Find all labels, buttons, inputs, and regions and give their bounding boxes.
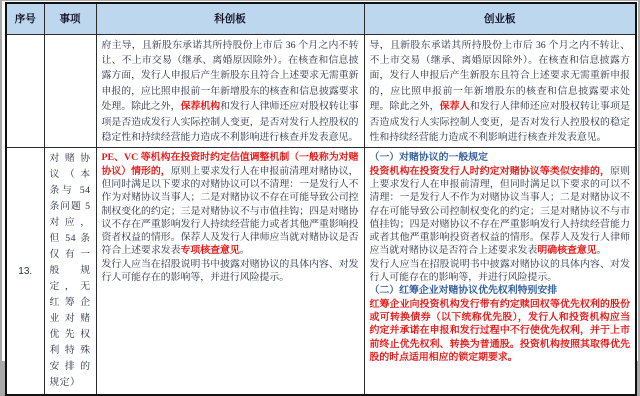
table-row: 府主导，且新股东承诺其所持股份上市后 36 个月之内不转让、不上市交易（继承、离…: [6, 34, 636, 148]
cell-seq: 13.: [6, 148, 44, 366]
cell-item: 对赌协议（本条与 54 条问题 5 对应，但 54 条仅有一般规定，无红筹企业对…: [44, 148, 96, 366]
table-header-row: 序号 事项 科创板 创业板: [6, 3, 636, 34]
cell-seq: [6, 34, 44, 148]
cell-star-market: PE、VC 等机构在投资时约定估值调整机制（一般称为对赌协议）情形的，原则上要求…: [96, 148, 364, 366]
comparison-table: 序号 事项 科创板 创业板 府主导，且新股东承诺其所持股份上市后 36 个月之内…: [5, 2, 637, 366]
text-segment: 原则上要求发行人在申报前清理，但同时满足以下要求的可以不清理：一是发行人不作为对…: [370, 166, 631, 257]
text-segment: 保荐人: [440, 101, 470, 112]
paragraph: 投资机构在投资发行人时约定对赌协议等类似安排的，原则上要求发行人在申报前清理，但…: [370, 165, 631, 258]
paragraph: PE、VC 等机构在投资时约定估值调整机制（一般称为对赌协议）情形的，原则上要求…: [102, 151, 359, 257]
cell-chinext: （一）对赌协议的一般规定投资机构在投资发行人时约定对赌协议等类似安排的，原则上要…: [364, 148, 636, 366]
text-segment: 红筹企业向投资机构发行带有约定赎回权等优先权利的股份或可转换债券（以下统称优先股…: [370, 299, 631, 363]
paragraph: 发行人应当在招股说明书中披露对赌协议的具体内容、对发行人可能存在的影响等，并进行…: [102, 258, 359, 285]
header-chinext: 创业板: [364, 3, 636, 34]
text-segment: 原则上要求发行人在申报前清理对赌协议，但同时满足以下要求的对赌协议可以不清理：一…: [102, 166, 359, 257]
text-segment: 。: [240, 245, 250, 256]
header-seq: 序号: [6, 3, 44, 34]
paragraph: （二）红筹企业对赌协议优先权利特别安排: [370, 284, 631, 297]
header-star-market: 科创板: [96, 3, 364, 34]
document-page: 序号 事项 科创板 创业板 府主导，且新股东承诺其所持股份上市后 36 个月之内…: [2, 1, 638, 361]
text-segment: （二）红筹企业对赌协议优先权利特别安排: [370, 285, 558, 296]
cell-chinext: 导，且新股东承诺其所持股份上市后 36 个月之内不转让、不上市交易（继承、离婚原…: [364, 34, 636, 148]
paragraph: 府主导，且新股东承诺其所持股份上市后 36 个月之内不转让、不上市交易（继承、离…: [102, 38, 359, 146]
paragraph: 导，且新股东承诺其所持股份上市后 36 个月之内不转让、不上市交易（继承、离婚原…: [370, 38, 631, 146]
paragraph: 发行人应当在招股说明书中披露对赌协议的具体内容、对发行人可能存在的影响等，并进行…: [370, 258, 631, 285]
text-segment: 发行人应当在招股说明书中披露对赌协议的具体内容、对发行人可能存在的影响等，并进行…: [102, 259, 359, 283]
header-item: 事项: [44, 3, 96, 34]
text-segment: （一）对赌协议的一般规定: [370, 152, 489, 163]
text-segment: 投资机构在投资发行人时约定对赌协议等类似安排的，: [370, 166, 611, 177]
table-row: 13. 对赌协议（本条与 54 条问题 5 对应，但 54 条仅有一般规定，无红…: [6, 148, 636, 366]
cell-item: [44, 34, 96, 148]
paragraph: 红筹企业向投资机构发行带有约定赎回权等优先权利的股份或可转换债券（以下统称优先股…: [370, 298, 631, 364]
text-segment: 明确核查意见: [537, 245, 596, 256]
text-segment: 发行人应当在招股说明书中披露对赌协议的具体内容、对发行人可能存在的影响等，并进行…: [370, 259, 631, 283]
paragraph: （一）对赌协议的一般规定: [370, 151, 631, 164]
cell-star-market: 府主导，且新股东承诺其所持股份上市后 36 个月之内不转让、不上市交易（继承、离…: [96, 34, 364, 148]
text-segment: 。: [597, 245, 607, 256]
text-segment: 专项核查意见: [181, 245, 240, 256]
text-segment: 保荐机构: [181, 101, 221, 112]
